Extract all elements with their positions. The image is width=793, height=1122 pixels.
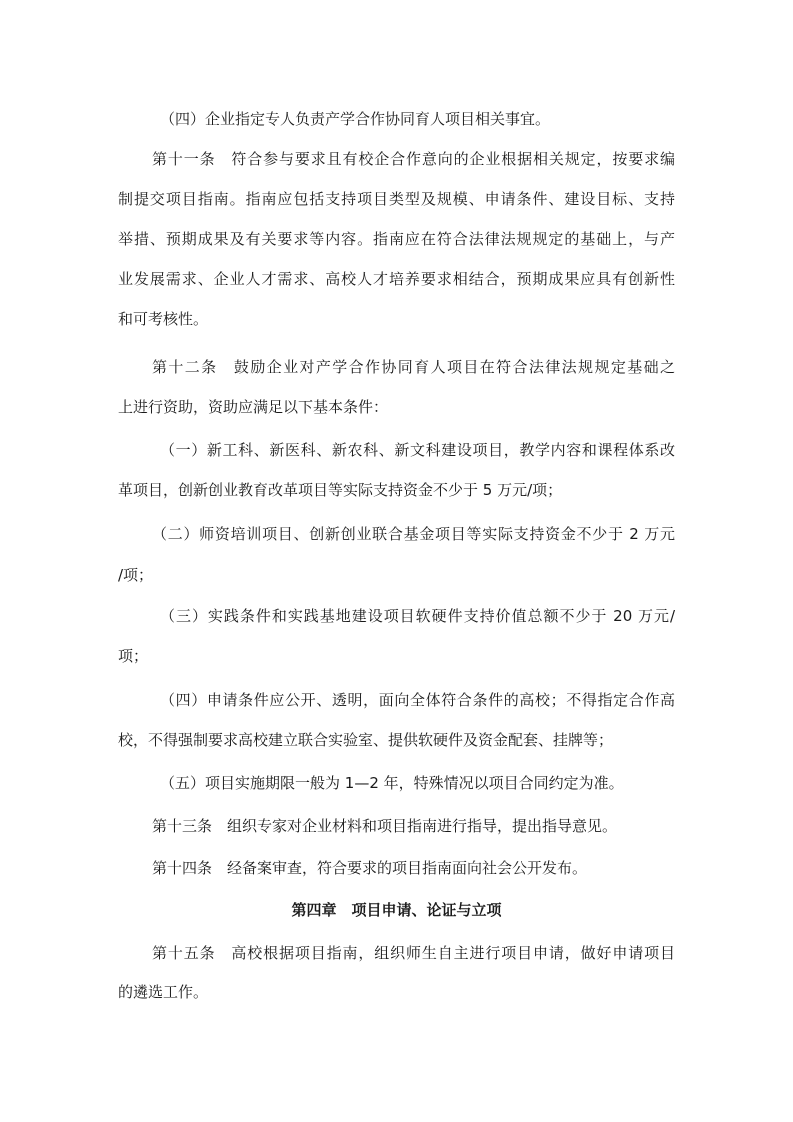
text-line: （二）师资培训项目、创新创业联合基金项目等实际支持资金不少于 2 万元 <box>152 524 675 544</box>
text-line: 第十四条 经备案审查，符合要求的项目指南面向社会公开发布。 <box>152 858 675 878</box>
text-line: 的遴选工作。 <box>118 982 675 1002</box>
text-line: /项； <box>118 565 675 585</box>
text-line: （三）实践条件和实践基地建设项目软硬件支持价值总额不少于 20 万元/ <box>160 606 675 626</box>
text-line: （一）新工科、新医科、新农科、新文科建设项目，教学内容和课程体系改 <box>160 440 675 460</box>
text-line: 项； <box>118 646 675 666</box>
text-line: 制提交项目指南。指南应包括支持项目类型及规模、申请条件、建设目标、支持 <box>118 189 675 209</box>
text-line: 第十三条 组织专家对企业材料和项目指南进行指导，提出指导意见。 <box>152 816 675 836</box>
text-line: 举措、预期成果及有关要求等内容。指南应在符合法律法规规定的基础上，与产 <box>118 229 675 249</box>
text-line: （四）申请条件应公开、透明，面向全体符合条件的高校；不得指定合作高 <box>160 690 675 710</box>
text-line: 第十五条 高校根据项目指南，组织师生自主进行项目申请，做好申请项目 <box>152 943 675 963</box>
text-line: 业发展需求、企业人才需求、高校人才培养要求相结合，预期成果应具有创新性 <box>118 269 675 289</box>
text-line: （五）项目实施期限一般为 1—2 年，特殊情况以项目合同约定为准。 <box>160 773 675 793</box>
text-line: （四）企业指定专人负责产学合作协同育人项目相关事宜。 <box>160 109 675 129</box>
text-line: 上进行资助，资助应满足以下基本条件： <box>118 397 675 417</box>
text-line: 第十一条 符合参与要求且有校企合作意向的企业根据相关规定，按要求编 <box>152 149 675 169</box>
text-line: 和可考核性。 <box>118 309 675 329</box>
document-page: （四）企业指定专人负责产学合作协同育人项目相关事宜。 第十一条 符合参与要求且有… <box>0 0 793 1122</box>
text-line: 革项目，创新创业教育改革项目等实际支持资金不少于 5 万元/项； <box>118 480 675 500</box>
chapter-heading: 第四章 项目申请、论证与立项 <box>0 900 793 920</box>
text-line: 校，不得强制要求高校建立联合实验室、提供软硬件及资金配套、挂牌等； <box>118 730 675 750</box>
text-line: 第十二条 鼓励企业对产学合作协同育人项目在符合法律法规规定基础之 <box>152 357 675 377</box>
